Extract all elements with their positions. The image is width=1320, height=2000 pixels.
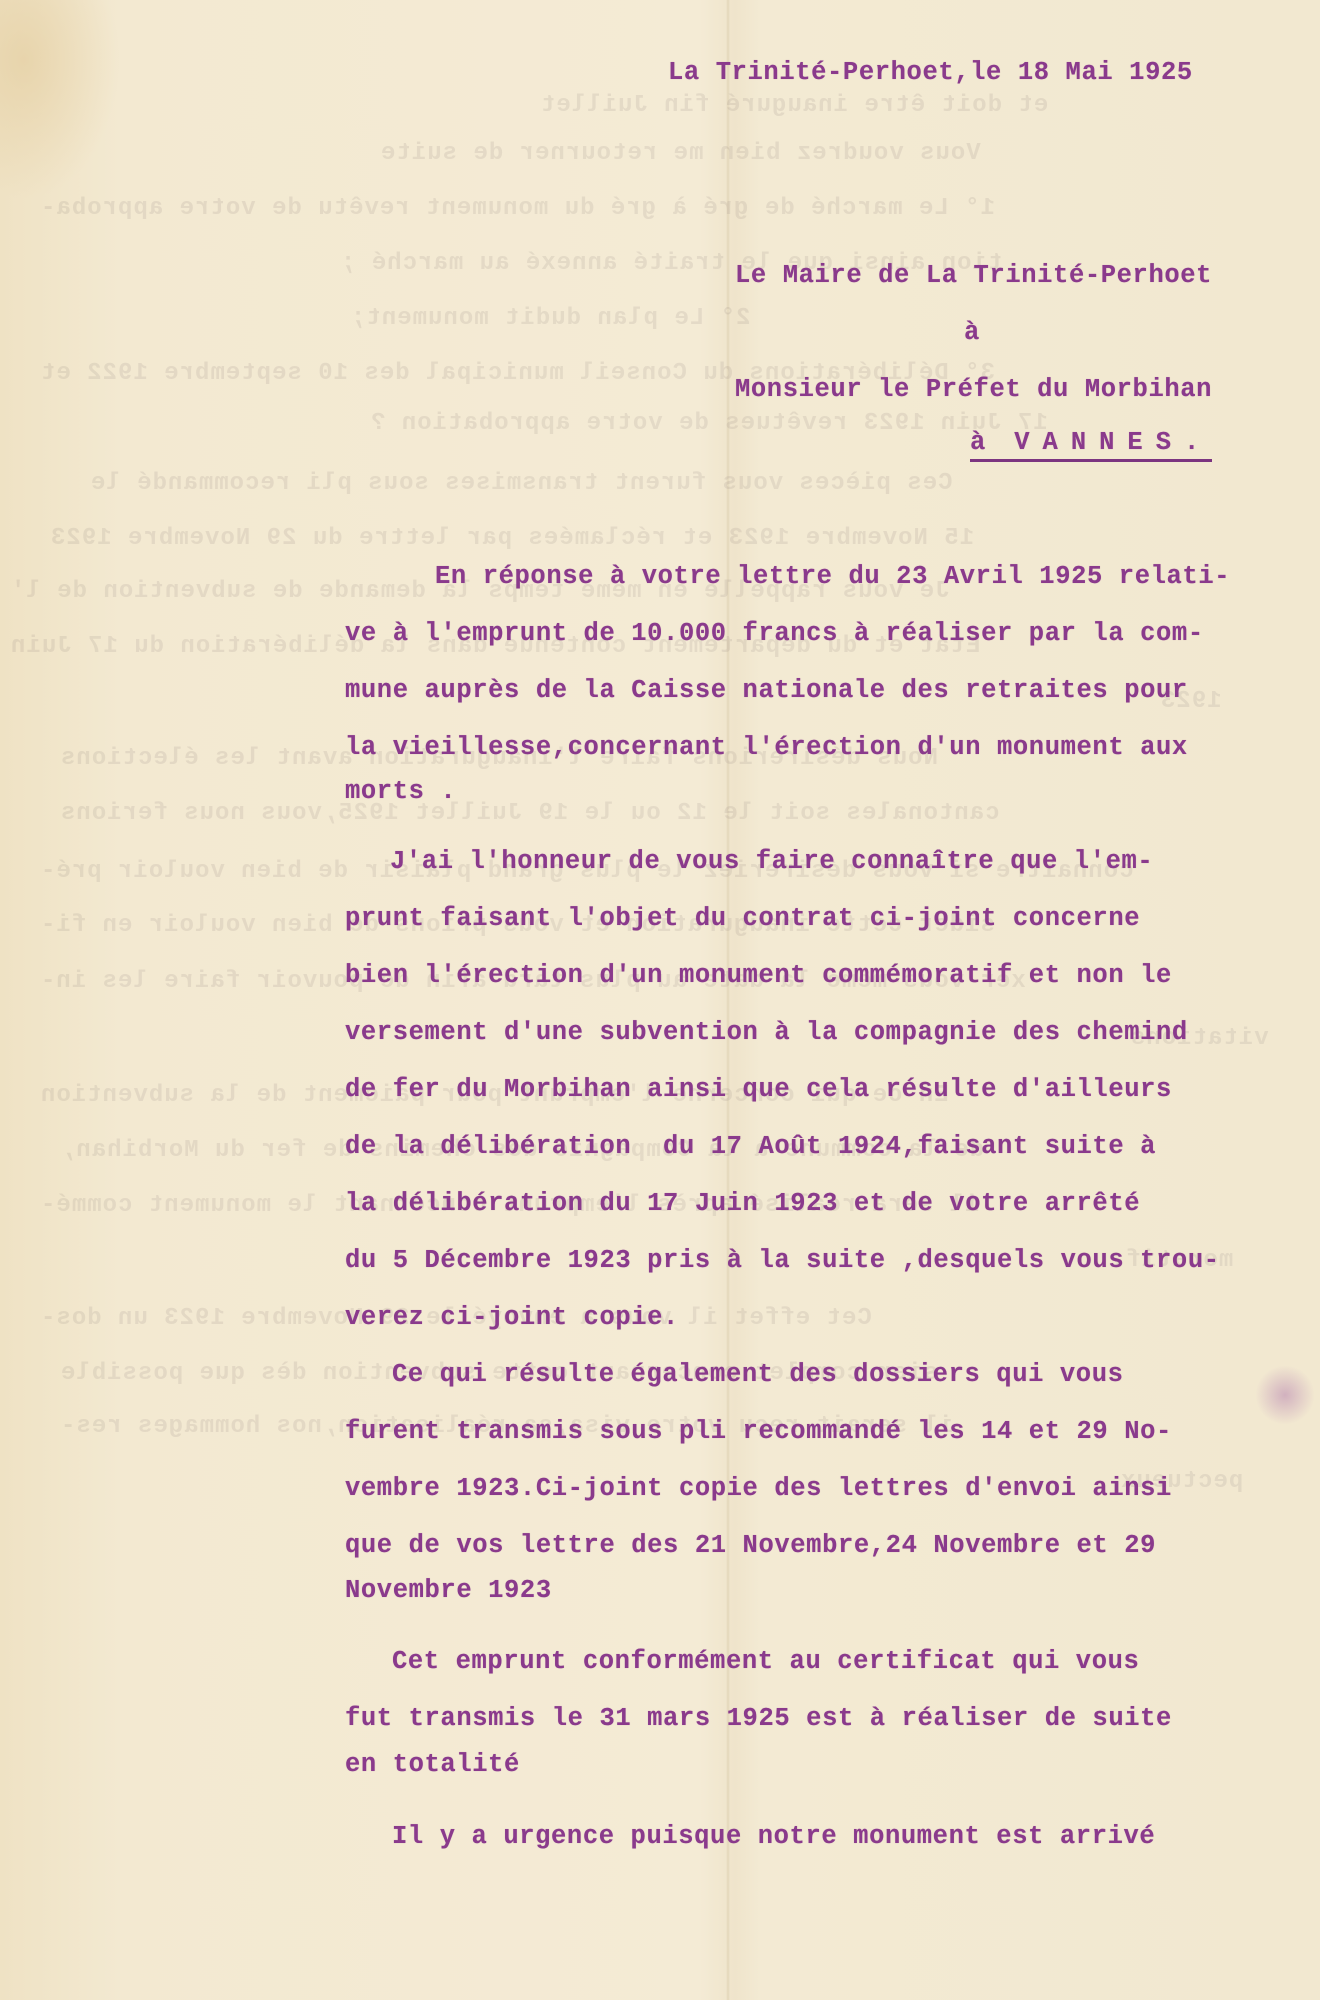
- body-line: En réponse à votre lettre du 23 Avril 19…: [435, 562, 1230, 591]
- bleed-line: 1° Le marché de gré à gré du monument re…: [40, 195, 995, 222]
- body-line: Cet emprunt conformément au certificat q…: [392, 1647, 1139, 1676]
- place-date: La Trinité-Perhoet,le 18 Mai 1925: [668, 58, 1193, 87]
- body-line: fut transmis le 31 mars 1925 est à réali…: [345, 1704, 1172, 1733]
- recipient: Monsieur le Préfet du Morbihan: [735, 375, 1212, 404]
- bleed-line: 17 Juin 1923 revêtues de votre approbati…: [370, 410, 1048, 437]
- bleed-line: et doit être inauguré fin Juillet: [540, 92, 1048, 119]
- sender: Le Maire de La Trinité-Perhoet: [735, 261, 1212, 290]
- bleed-line: 2° Le plan dudit monument;: [350, 305, 750, 332]
- body-line: prunt faisant l'objet du contrat ci-join…: [345, 904, 1140, 933]
- body-line: la délibération du 17 Juin 1923 et de vo…: [345, 1189, 1140, 1218]
- recipient-city-name: VANNES.: [1014, 428, 1212, 457]
- bleed-line: cantonales soit le 12 ou le 19 Juillet 1…: [60, 800, 1000, 827]
- body-line: ve à l'emprunt de 10.000 francs à réalis…: [345, 619, 1204, 648]
- body-line: furent transmis sous pli recommandé les …: [345, 1417, 1172, 1446]
- body-line: Ce qui résulte également des dossiers qu…: [392, 1360, 1124, 1389]
- body-line: du 5 Décembre 1923 pris à la suite ,desq…: [345, 1246, 1220, 1275]
- ink-blot: [1255, 1365, 1315, 1425]
- body-line: verez ci-joint copie.: [345, 1303, 679, 1332]
- body-line: morts .: [345, 777, 456, 806]
- body-line: bien l'érection d'un monument commémorat…: [345, 961, 1172, 990]
- paper-stain: [0, 0, 120, 200]
- body-line: Novembre 1923: [345, 1576, 552, 1605]
- body-line: mune auprès de la Caisse nationale des r…: [345, 676, 1188, 705]
- body-line: Il y a urgence puisque notre monument es…: [392, 1822, 1155, 1851]
- body-line: versement d'une subvention à la compagni…: [345, 1018, 1188, 1047]
- bleed-line: 15 Novembre 1923 et réclamées par lettre…: [50, 525, 974, 552]
- bleed-line: Vous voudrez bien me retourner de suite: [380, 140, 981, 167]
- body-line: en totalité: [345, 1750, 520, 1779]
- body-line: de la délibération du 17 Août 1924,faisa…: [345, 1132, 1156, 1161]
- recipient-city: à VANNES.: [970, 428, 1212, 462]
- body-line: la vieillesse,concernant l'érection d'un…: [345, 733, 1188, 762]
- paper-fold: [726, 0, 730, 2000]
- body-line: que de vos lettre des 21 Novembre,24 Nov…: [345, 1531, 1156, 1560]
- to-connector: à: [964, 318, 980, 347]
- body-line: de fer du Morbihan ainsi que cela résult…: [345, 1075, 1172, 1104]
- bleed-line: Ces pièces vous furent transmises sous p…: [90, 470, 953, 497]
- recipient-city-prefix: à: [970, 428, 986, 457]
- body-line: vembre 1923.Ci-joint copie des lettres d…: [345, 1474, 1172, 1503]
- body-line: J'ai l'honneur de vous faire connaître q…: [390, 847, 1153, 876]
